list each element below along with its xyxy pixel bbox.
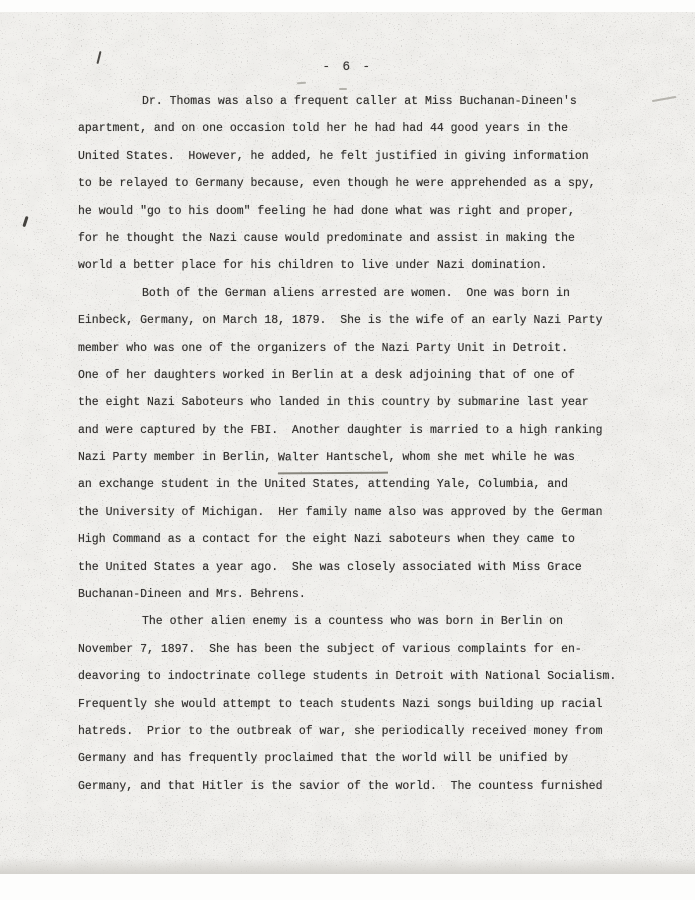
text-line: deavoring to indoctrinate college studen… <box>78 663 638 690</box>
text-line: United States. However, he added, he fel… <box>78 143 638 170</box>
text-line: Both of the German aliens arrested are w… <box>78 280 638 307</box>
text-line: Einbeck, Germany, on March 18, 1879. She… <box>78 307 638 334</box>
typewriter-smudge <box>297 82 306 85</box>
text-line: member who was one of the organizers of … <box>78 335 638 362</box>
stray-pen-mark <box>22 216 28 227</box>
text-line: hatreds. Prior to the outbreak of war, s… <box>78 718 638 745</box>
text-line: Germany, and that Hitler is the savior o… <box>78 773 638 800</box>
text-line: apartment, and on one occasion told her … <box>78 115 638 142</box>
text-line: The other alien enemy is a countess who … <box>78 608 638 635</box>
text-segment: , whom she met while he was <box>389 451 575 464</box>
page-number: - 6 - <box>0 60 695 74</box>
text-line: Germany and has frequently proclaimed th… <box>78 745 638 772</box>
text-line: he would "go to his doom" feeling he had… <box>78 198 638 225</box>
text-line: to be relayed to Germany because, even t… <box>78 170 638 197</box>
text-line: for he thought the Nazi cause would pred… <box>78 225 638 252</box>
text-line: November 7, 1897. She has been the subje… <box>78 636 638 663</box>
text-line: High Command as a contact for the eight … <box>78 526 638 553</box>
faint-scan-artifact <box>652 96 676 102</box>
paper-background: - 6 - Dr. Thomas was also a frequent cal… <box>0 12 695 874</box>
text-line: One of her daughters worked in Berlin at… <box>78 362 638 389</box>
text-segment: Nazi Party member in Berlin, <box>78 451 278 464</box>
text-line: the University of Michigan. Her family n… <box>78 499 638 526</box>
text-line: the United States a year ago. She was cl… <box>78 554 638 581</box>
underlined-name: Walter Hantschel <box>278 444 388 475</box>
text-line: the eight Nazi Saboteurs who landed in t… <box>78 389 638 416</box>
page-bottom-edge-shadow <box>0 858 695 874</box>
document-body: Dr. Thomas was also a frequent caller at… <box>78 88 638 800</box>
text-line: Frequently she would attempt to teach st… <box>78 691 638 718</box>
text-line: Dr. Thomas was also a frequent caller at… <box>78 88 638 115</box>
text-line: Buchanan-Dineen and Mrs. Behrens. <box>78 581 638 608</box>
text-line: world a better place for his children to… <box>78 252 638 279</box>
scanned-document-page: - 6 - Dr. Thomas was also a frequent cal… <box>0 0 695 900</box>
text-line: an exchange student in the United States… <box>78 471 638 498</box>
text-line-with-underline: Nazi Party member in Berlin, Walter Hant… <box>78 444 638 471</box>
text-line: and were captured by the FBI. Another da… <box>78 417 638 444</box>
